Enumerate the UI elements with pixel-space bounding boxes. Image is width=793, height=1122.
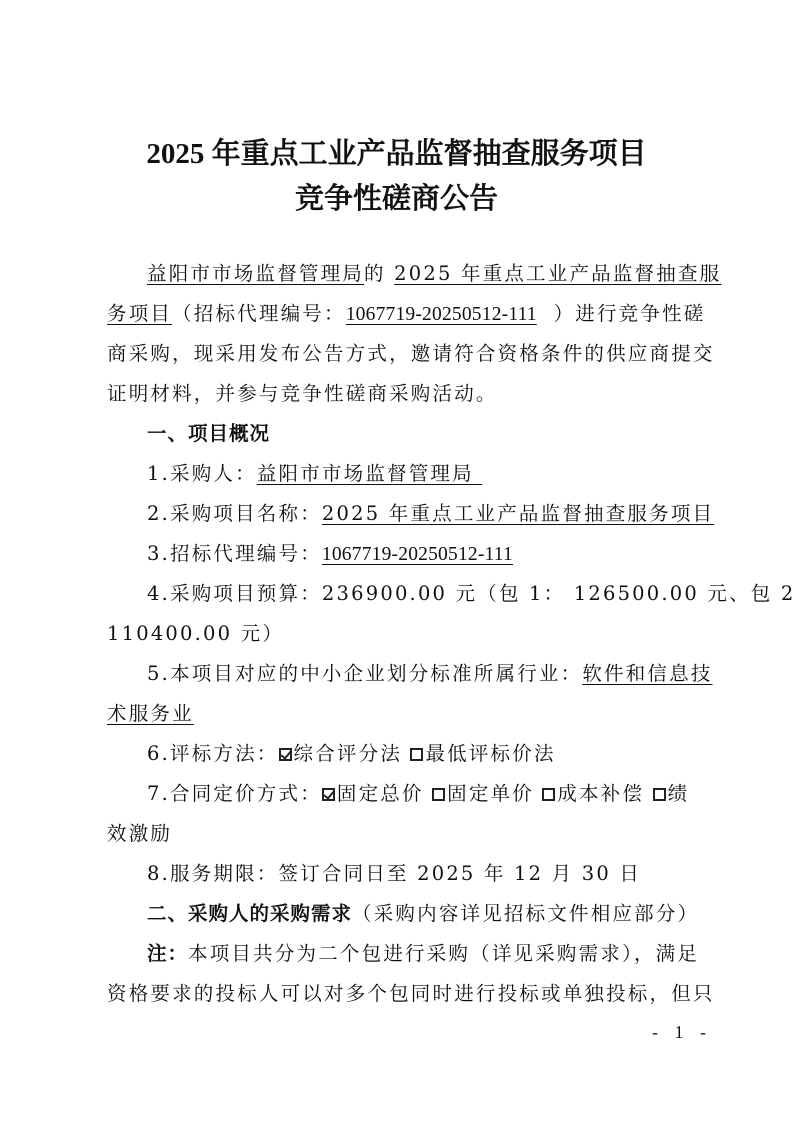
document-title-line2: 竞争性磋商公告 xyxy=(0,176,793,217)
item-value: 236900.00 元（包 1： 126500.00 元、包 2： xyxy=(322,582,793,605)
item-label: 1.采购人： xyxy=(147,462,257,485)
project-name-part1: 2025 年重点工业产品监督抽查服 xyxy=(394,262,721,285)
option-label: 综合评分法 xyxy=(294,742,403,765)
item-label: 8.服务期限： xyxy=(147,862,279,885)
section2-note-line2: 资格要求的投标人可以对多个包同时进行投标或单独投标，但只 xyxy=(107,982,715,1006)
option-label: 最低评标价法 xyxy=(425,742,555,765)
intro-line-1: 益阳市市场监督管理局的 2025 年重点工业产品监督抽查服 xyxy=(147,262,721,286)
item-evaluation-method: 6.评标方法：综合评分法 最低评标价法 xyxy=(147,742,556,766)
item-label: 7.合同定价方式： xyxy=(147,782,322,805)
note-text: 本项目共分为二个包进行采购（详见采购需求），满足 xyxy=(188,942,699,965)
section2-heading: 二、采购人的采购需求 xyxy=(147,902,352,925)
item-value: 益阳市市场监督管理局 xyxy=(257,462,482,485)
item-purchaser: 1.采购人：益阳市市场监督管理局 xyxy=(147,462,482,486)
item-tender-code: 3.招标代理编号：1067719-20250512-111 xyxy=(147,542,513,567)
intro-line-3: 商采购，现采用发布公告方式，邀请符合资格条件的供应商提交 xyxy=(107,342,715,366)
item-label: 6.评标方法： xyxy=(147,742,279,765)
checkbox-empty-icon xyxy=(653,788,666,801)
intro-text: 的 xyxy=(364,262,386,285)
section2-heading-note: （采购内容详见招标文件相应部分） xyxy=(352,902,699,925)
intro-line-2: 务项目（招标代理编号：1067719-20250512-111 ）进行竞争性磋 xyxy=(107,302,705,327)
item-value: 签订合同日至 2025 年 12 月 30 日 xyxy=(279,862,642,885)
code-label: （招标代理编号： xyxy=(172,302,346,325)
checkbox-empty-icon xyxy=(542,788,555,801)
item-label: 4.采购项目预算： xyxy=(147,582,322,605)
item-pricing-method-cont: 效激励 xyxy=(107,822,172,846)
checkbox-checked-icon xyxy=(322,788,335,801)
item-industry: 5.本项目对应的中小企业划分标准所属行业：软件和信息技 xyxy=(147,662,713,686)
checkbox-empty-icon xyxy=(410,748,423,761)
section1-heading: 一、项目概况 xyxy=(147,422,270,446)
item-value: 2025 年重点工业产品监督抽查服务项目 xyxy=(322,502,714,525)
intro-text: ）进行竞争性磋 xyxy=(537,302,706,325)
intro-line-4: 证明材料，并参与竞争性磋商采购活动。 xyxy=(107,382,498,406)
item-service-period: 8.服务期限：签订合同日至 2025 年 12 月 30 日 xyxy=(147,862,641,886)
item-label: 2.采购项目名称： xyxy=(147,502,322,525)
option-label: 成本补偿 xyxy=(557,782,644,805)
note-label: 注： xyxy=(147,942,188,965)
tender-code: 1067719-20250512-111 xyxy=(346,304,537,325)
section2-heading-line: 二、采购人的采购需求（采购内容详见招标文件相应部分） xyxy=(147,902,699,926)
project-name-part2: 务项目 xyxy=(107,302,172,325)
item-project-name: 2.采购项目名称：2025 年重点工业产品监督抽查服务项目 xyxy=(147,502,714,526)
page-number: - 1 - xyxy=(652,1022,712,1043)
item-industry-cont: 术服务业 xyxy=(107,702,194,726)
document-title-line1: 2025 年重点工业产品监督抽查服务项目 xyxy=(0,131,793,172)
option-label: 固定总价 xyxy=(337,782,424,805)
option-label: 固定单价 xyxy=(447,782,534,805)
purchaser-name: 益阳市市场监督管理局 xyxy=(147,262,364,285)
item-budget-cont: 110400.00 元） xyxy=(107,622,284,646)
item-budget: 4.采购项目预算：236900.00 元（包 1： 126500.00 元、包 … xyxy=(147,582,793,606)
item-label: 3.招标代理编号： xyxy=(147,542,322,565)
option-label: 绩 xyxy=(668,782,690,805)
item-value: 1067719-20250512-111 xyxy=(322,544,513,565)
checkbox-empty-icon xyxy=(432,788,445,801)
item-pricing-method: 7.合同定价方式：固定总价 固定单价 成本补偿 绩 xyxy=(147,782,689,806)
section2-note-line1: 注：本项目共分为二个包进行采购（详见采购需求），满足 xyxy=(147,942,699,966)
checkbox-checked-icon xyxy=(279,748,292,761)
item-label: 5.本项目对应的中小企业划分标准所属行业： xyxy=(147,662,582,685)
item-value: 软件和信息技 xyxy=(582,662,712,685)
